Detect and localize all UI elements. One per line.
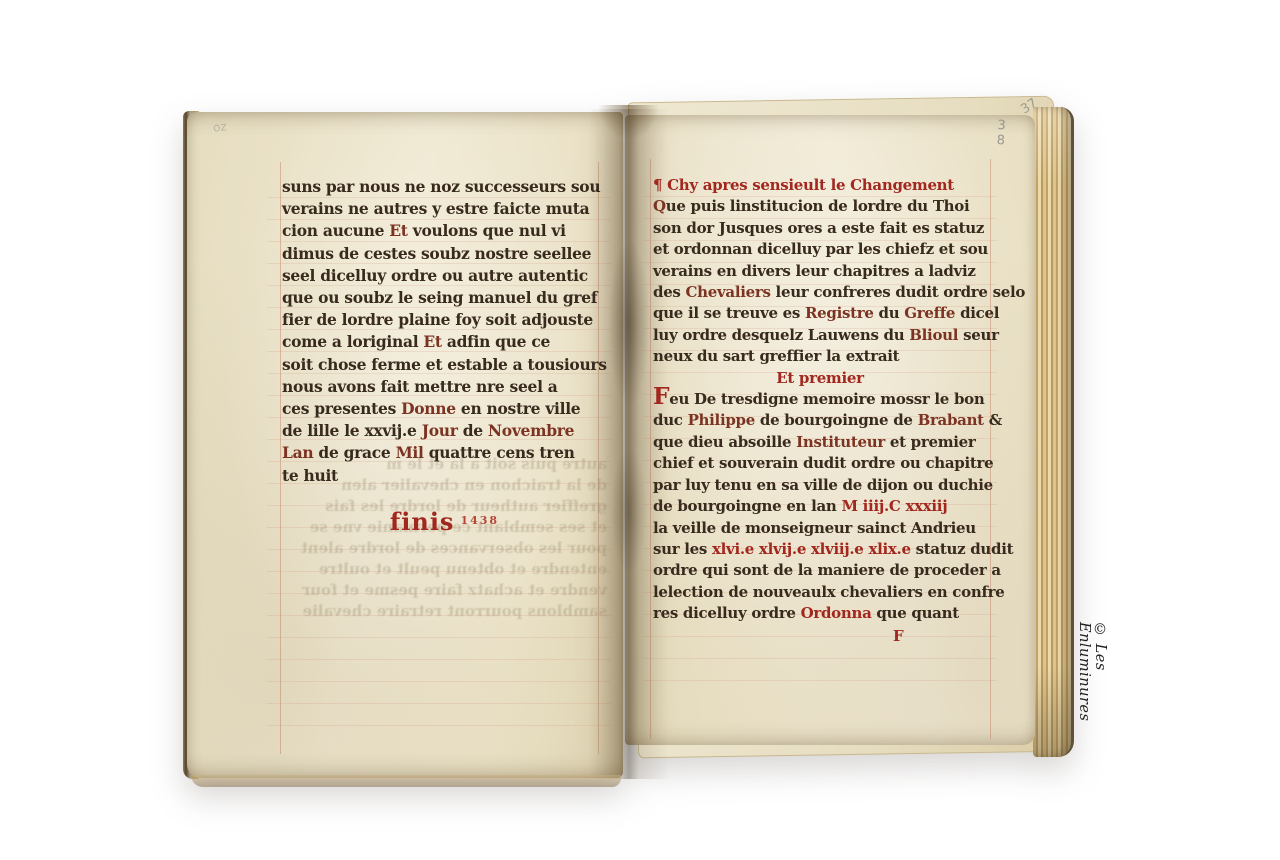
left-page: autre puis soit a la et le mde la traich… [187,112,623,778]
manuscript-line: Que puis linstitucion de lordre du Thoi [653,196,987,217]
manuscript-line: Lan de grace Mil quattre cens tren [282,442,607,464]
manuscript-book: 37 autre puis soit a la et le mde la tra… [185,95,1080,795]
explicit-line: finis1438 [282,498,607,536]
manuscript-line: des Chevaliers leur confreres dudit ordr… [653,282,987,303]
manuscript-line: la veille de monseigneur sainct Andrieu [653,518,987,539]
manuscript-line: ces presentes Donne en nostre ville [282,398,607,420]
manuscript-line: que ou soubz le seing manuel du gref [282,287,607,309]
manuscript-line: neux du sart greffier la extrait [653,346,987,367]
manuscript-line: seel dicelluy ordre ou autre autentic [282,265,607,287]
manuscript-line: Et premier [653,368,987,389]
manuscript-line: luy ordre desquelz Lauwens du Blioul seu… [653,325,987,346]
manuscript-line: lelection de nouveaulx chevaliers en con… [653,582,987,603]
right-page: ¶ Chy apres sensieult le ChangementQue p… [625,115,1035,745]
manuscript-line: verains ne autres y estre faicte muta [282,198,607,220]
catchword: F [893,627,904,645]
manuscript-line: pour les observances de lordre alent [257,538,607,559]
manuscript-line: entendre et obtenu peult et oultre [257,559,607,580]
manuscript-line: ¶ Chy apres sensieult le Changement [653,175,987,196]
manuscript-line: sur les xlvi.e xlvij.e xlviij.e xlix.e s… [653,539,987,560]
manuscript-line: dimus de cestes soubz nostre seellee [282,243,607,265]
manuscript-line: duc Philippe de bourgoingne de Brabant & [653,410,987,431]
folio-number-pencil: 3 8 [996,118,1035,150]
manuscript-line: que il se treuve es Registre du Greffe d… [653,303,987,324]
manuscript-line: samblons pourront retraire chevalie [257,601,607,622]
manuscript-line: res dicelluy ordre Ordonna que quant [653,603,987,624]
manuscript-line: ordre qui sont de la maniere de proceder… [653,560,987,581]
manuscript-line: son dor Jusques ores a este fait es stat… [653,218,987,239]
manuscript-line: chief et souverain dudit ordre ou chapit… [653,453,987,474]
photo-credit: © Les Enluminures [1076,622,1108,772]
manuscript-line: cion aucune Et voulons que nul vi [282,220,607,242]
manuscript-line: et ordonnan dicelluy par les chiefz et s… [653,239,987,260]
right-page-text-block: ¶ Chy apres sensieult le ChangementQue p… [653,175,987,625]
manuscript-line: que dieu absoille Instituteur et premier [653,432,987,453]
manuscript-line: soit chose ferme et estable a tousiours [282,354,607,376]
manuscript-line: come a loriginal Et adfin que ce [282,331,607,353]
photo-background: 37 autre puis soit a la et le mde la tra… [0,0,1280,860]
manuscript-line: fier de lordre plaine foy soit adjouste [282,309,607,331]
manuscript-line: de bourgoingne en lan M iiij.C xxxiij [653,496,987,517]
manuscript-line: te huit [282,465,607,487]
margin-ruling-left [650,159,651,739]
finis-flourish: 1438 [460,514,499,527]
manuscript-line: suns par nous ne noz successeurs sou [282,176,607,198]
manuscript-line: Feu De tresdigne memoire mossr le bon [653,389,987,410]
fore-edge-stack [1033,107,1074,757]
manuscript-line: de lille le xxvij.e Jour de Novembre [282,420,607,442]
manuscript-line: par luy tenu en sa ville de dijon ou duc… [653,475,987,496]
manuscript-line: nous avons fait mettre nre seel a [282,376,607,398]
finis-word: finis [390,507,455,536]
manuscript-line: vendre et achatz faire pesme et four [257,580,607,601]
left-pencil-mark: oz [212,119,227,134]
bottom-page-edges [191,775,621,787]
manuscript-line: verains en divers leur chapitres a ladvi… [653,261,987,282]
left-page-text-block: suns par nous ne noz successeurs souvera… [282,176,607,487]
margin-ruling-right [990,159,991,739]
